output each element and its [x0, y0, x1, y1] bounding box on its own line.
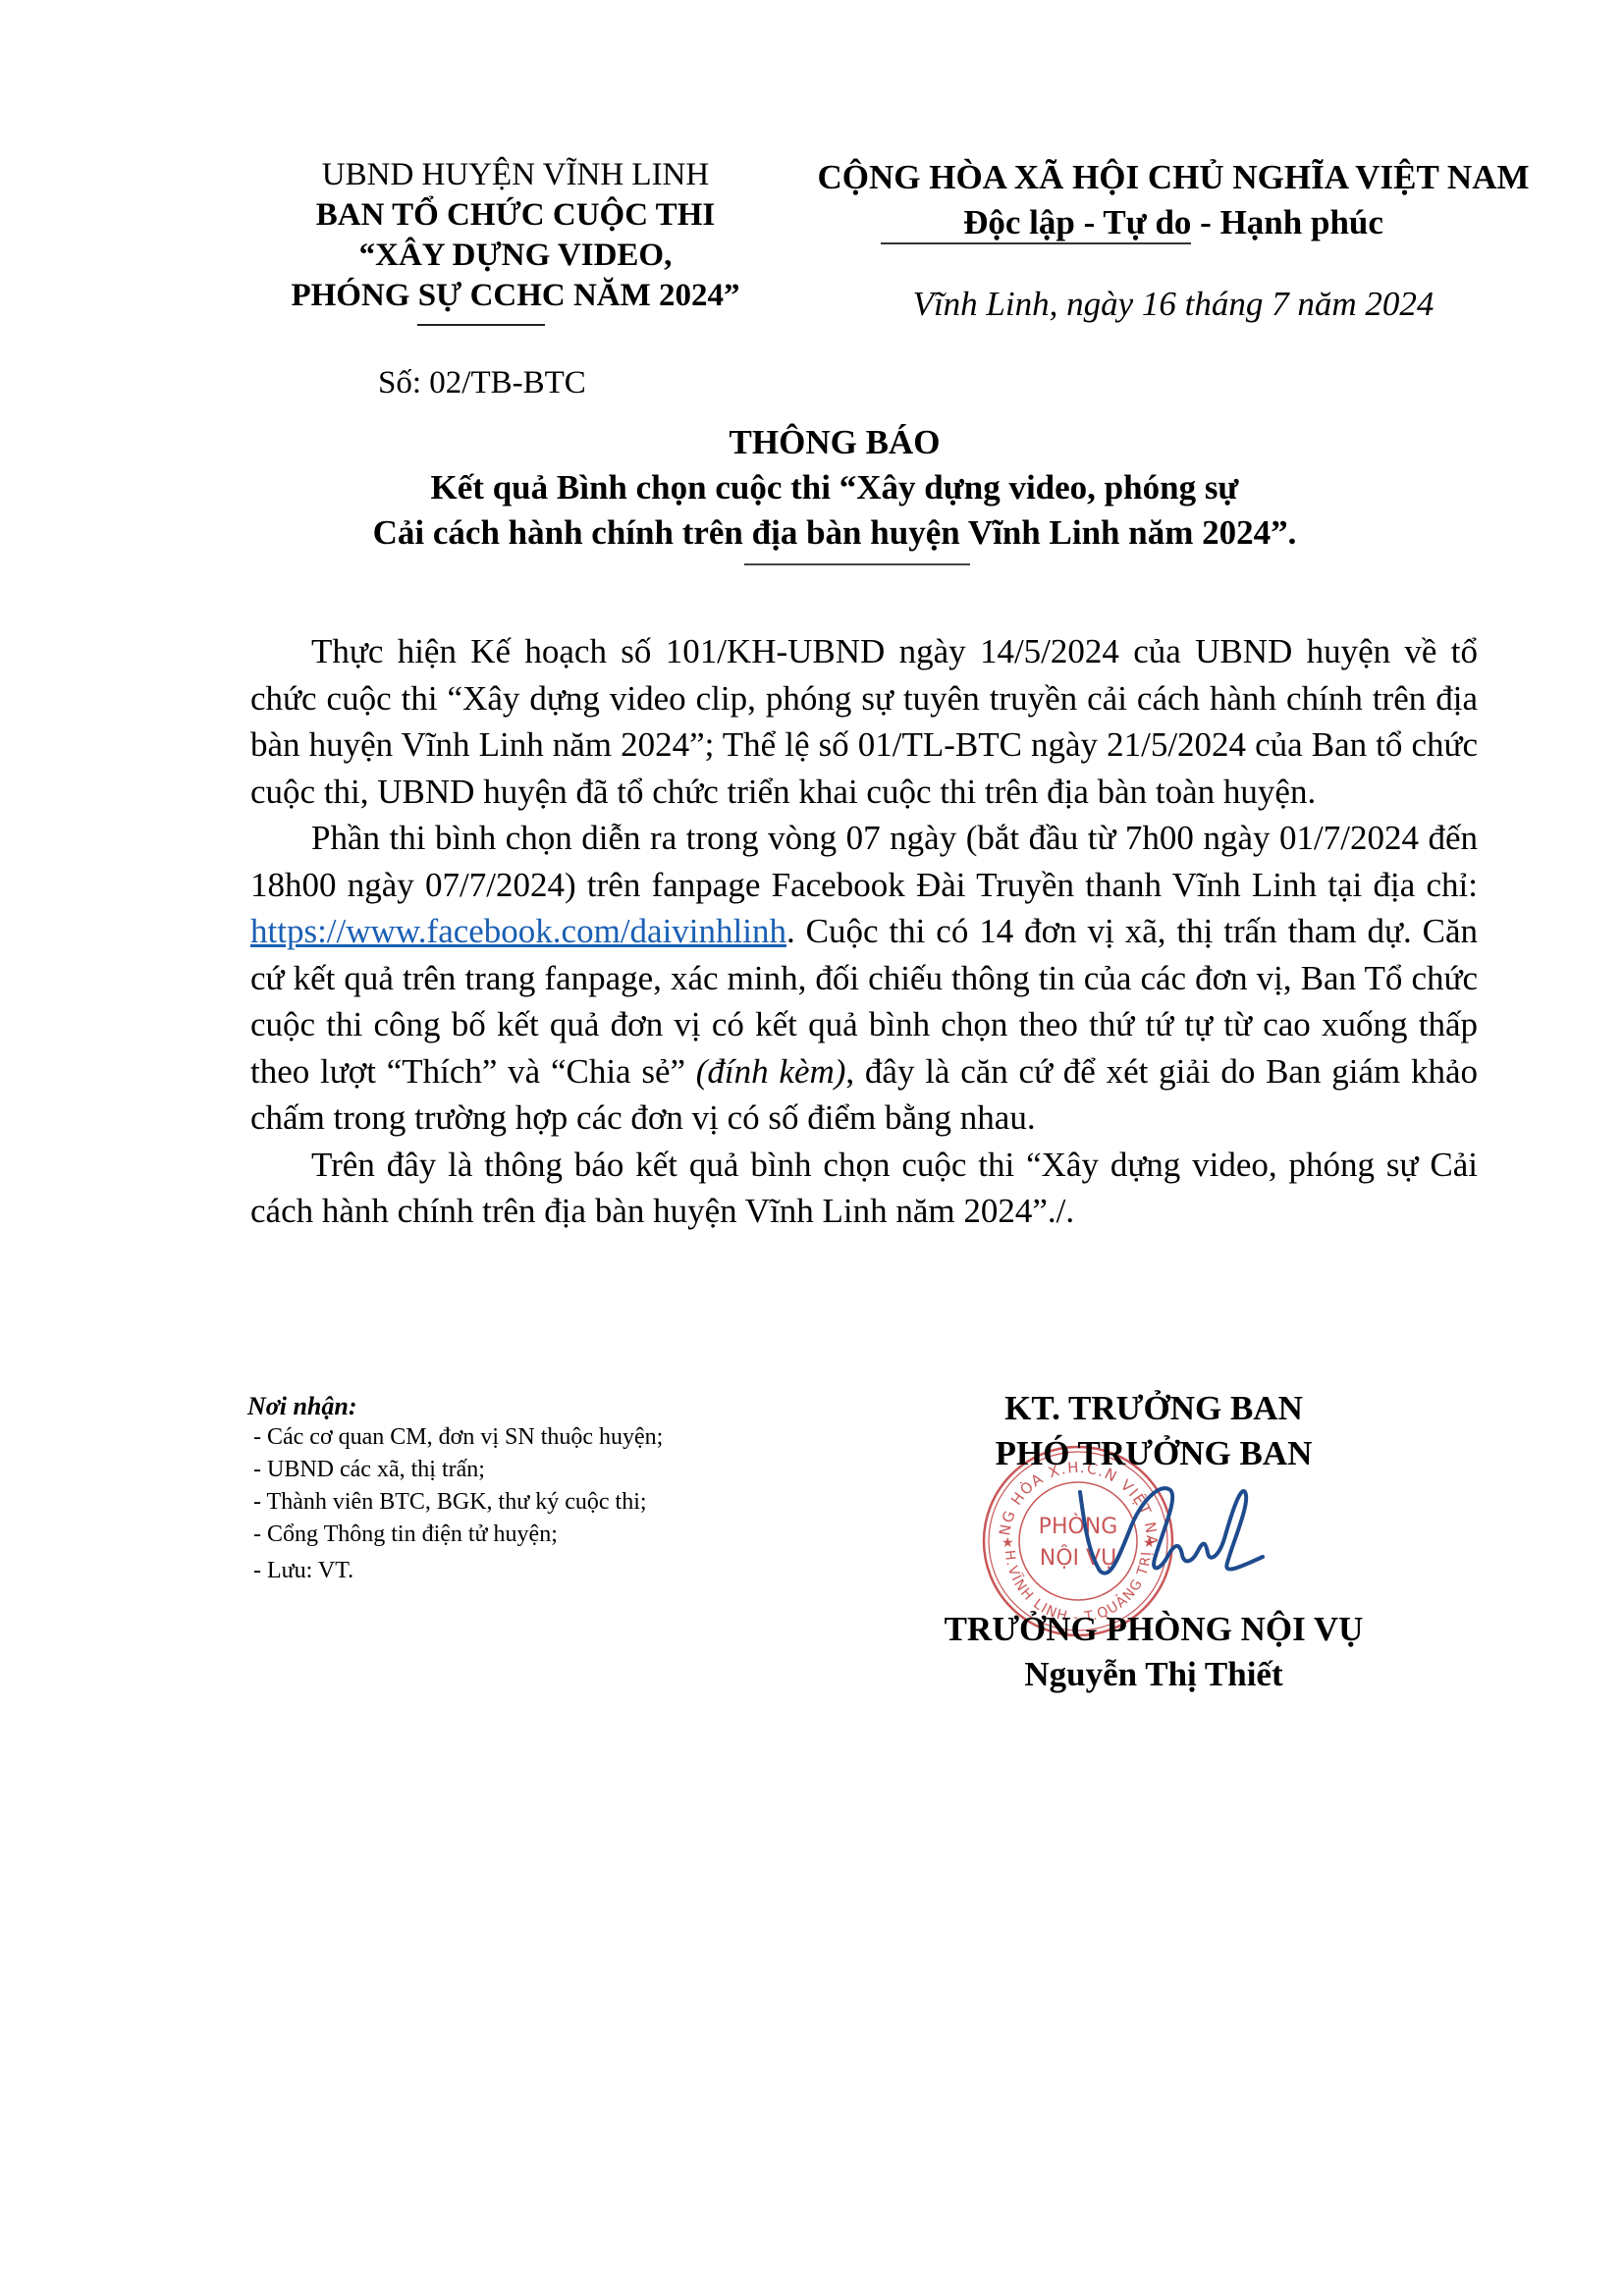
document-type: THÔNG BÁO — [295, 420, 1375, 465]
body-paragraph-2: Phần thi bình chọn diễn ra trong vòng 07… — [250, 815, 1478, 1142]
recipient-item: - UBND các xã, thị trấn; — [247, 1454, 817, 1486]
body-paragraph-1: Thực hiện Kế hoạch số 101/KH-UBND ngày 1… — [250, 628, 1478, 815]
national-header: CỘNG HÒA XÃ HỘI CHỦ NGHĨA VIỆT NAM Độc l… — [790, 155, 1556, 245]
attachment-note: (đính kèm) — [696, 1052, 846, 1091]
recipient-item: - Các cơ quan CM, đơn vị SN thuộc huyện; — [247, 1421, 817, 1454]
on-behalf-title: KT. TRƯỞNG BAN — [884, 1386, 1424, 1431]
authority-divider — [417, 324, 545, 326]
issuing-authority-block: UBND HUYỆN VĨNH LINH BAN TỔ CHỨC CUỘC TH… — [250, 155, 781, 316]
recipient-item: - Thành viên BTC, BGK, thư ký cuộc thi; — [247, 1486, 817, 1519]
facebook-fanpage-link[interactable]: https://www.facebook.com/daivinhlinh — [250, 912, 786, 950]
committee-name-line2: “XÂY DỰNG VIDEO, — [250, 236, 781, 276]
title-divider — [744, 563, 970, 565]
signer-name: Nguyễn Thị Thiết — [884, 1652, 1424, 1697]
place-and-date: Vĩnh Linh, ngày 16 tháng 7 năm 2024 — [790, 285, 1556, 324]
subject-line-1: Kết quả Bình chọn cuộc thi “Xây dựng vid… — [295, 465, 1375, 510]
handwritten-signature-icon — [1070, 1472, 1267, 1590]
recipients-label: Nơi nhận: — [247, 1392, 817, 1421]
recipients-block: Nơi nhận: - Các cơ quan CM, đơn vị SN th… — [247, 1392, 817, 1587]
signature-titles: KT. TRƯỞNG BAN PHÓ TRƯỞNG BAN — [884, 1386, 1424, 1476]
nation-name: CỘNG HÒA XÃ HỘI CHỦ NGHĨA VIỆT NAM — [790, 155, 1556, 200]
agency-name: UBND HUYỆN VĨNH LINH — [250, 155, 781, 195]
document-title: THÔNG BÁO Kết quả Bình chọn cuộc thi “Xâ… — [295, 420, 1375, 556]
motto-divider — [881, 242, 1191, 244]
svg-text:★: ★ — [1001, 1535, 1014, 1551]
signer-block: TRƯỞNG PHÒNG NỘI VỤ Nguyễn Thị Thiết — [884, 1607, 1424, 1697]
national-motto: Độc lập - Tự do - Hạnh phúc — [790, 200, 1556, 245]
paragraph-2-text-a: Phần thi bình chọn diễn ra trong vòng 07… — [250, 819, 1478, 904]
committee-name-line1: BAN TỔ CHỨC CUỘC THI — [250, 195, 781, 236]
signer-position: TRƯỞNG PHÒNG NỘI VỤ — [884, 1607, 1424, 1652]
recipient-item: - Cổng Thông tin điện tử huyện; — [247, 1519, 817, 1551]
body-paragraph-3: Trên đây là thông báo kết quả bình chọn … — [250, 1142, 1478, 1235]
document-body: Thực hiện Kế hoạch số 101/KH-UBND ngày 1… — [250, 628, 1478, 1235]
subject-line-2: Cải cách hành chính trên địa bàn huyện V… — [295, 510, 1375, 556]
deputy-title: PHÓ TRƯỞNG BAN — [884, 1431, 1424, 1476]
recipient-item: - Lưu: VT. — [247, 1555, 817, 1587]
committee-name-line3: PHÓNG SỰ CCHC NĂM 2024” — [250, 276, 781, 316]
document-number: Số: 02/TB-BTC — [378, 365, 586, 401]
